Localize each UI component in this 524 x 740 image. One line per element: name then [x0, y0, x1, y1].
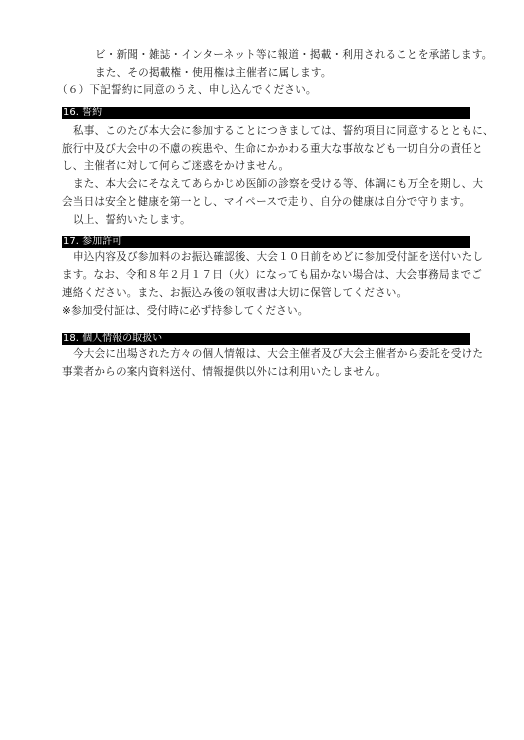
section-17-line-2: ます。なお、令和８年２月１７日（火）になっても届かない場合は、大会事務局までご: [62, 268, 482, 282]
section-heading-18: 18. 個人情報の取扱い: [62, 333, 470, 345]
section-17-line-1: 申込内容及び参加料のお振込確認後、大会１０日前をめどに参加受付証を送付いたし: [73, 250, 483, 264]
section-16-line-3: し、主催者に対して何らご迷惑をかけません。: [62, 159, 289, 173]
section-16-line-6: 以上、誓約いたします。: [73, 213, 191, 227]
section-16-line-2: 旅行中及び大会中の不慮の疾患や、生命にかかわる重大な事故なども一切自分の責任と: [62, 142, 483, 156]
section-18-line-1: 今大会に出場された方々の個人情報は、大会主催者及び大会主催者から委託を受けた: [73, 347, 483, 361]
intro-line-2: また、その掲載権・使用権は主催者に属します。: [95, 66, 332, 80]
section-16-line-1: 私事、このたび本大会に参加することにつきましては、誓約項目に同意するとともに、: [73, 124, 494, 138]
section-17-line-4: ※参加受付証は、受付時に必ず持参してください。: [62, 304, 309, 318]
section-18-line-2: 事業者からの案内資料送付、情報提供以外には利用いたしません。: [62, 365, 386, 379]
section-heading-16: 16. 誓約: [62, 107, 470, 119]
section-16-line-5: 会当日は安全と健康を第一とし、マイペースで走り、自分の健康は自分で守ります。: [62, 195, 471, 209]
section-heading-17: 17. 参加許可: [62, 236, 470, 248]
intro-line-3: （６）下記誓約に同意のうえ、申し込んでください。: [57, 83, 317, 97]
section-16-line-4: また、本大会にそなえてあらかじめ医師の診察を受ける等、体調にも万全を期し、大: [73, 177, 483, 191]
intro-line-1: ビ・新聞・雑誌・インターネット等に報道・掲載・利用されることを承諾します。: [95, 48, 493, 62]
section-17-line-3: 連絡ください。また、お振込み後の領収書は大切に保管してください。: [62, 286, 407, 300]
